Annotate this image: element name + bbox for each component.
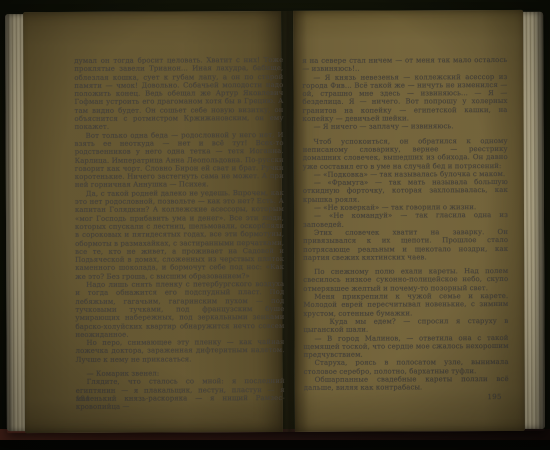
left-page-number: 194 (76, 395, 90, 403)
right-page-number: 195 (304, 393, 502, 402)
book-gutter (277, 11, 299, 432)
right-page-text: я на севере стал ничем — от меня так мал… (302, 56, 508, 392)
paragraph: думал он тогда бросит целовать. Хватит с… (74, 56, 283, 132)
paragraph: — «Не командуй» — так гласила одна из за… (303, 211, 508, 228)
paragraph: Меня прикрепили к чужой семье и карете. … (303, 292, 508, 318)
open-book: думал он тогда бросит целовать. Хватит с… (5, 10, 545, 433)
paragraph: Да, с такой родней далеко не уедешь. Впр… (75, 189, 284, 281)
paragraph: — В город Малинов, — ответила она с тако… (303, 333, 508, 359)
paragraph: Этих словечек хватит на заварку. Он прив… (303, 228, 508, 262)
paragraph: Надо лишь снять пленку с петербургского … (75, 280, 284, 339)
paragraph: — Я ничего — заплачу — извиняюсь. (303, 122, 508, 131)
paragraph: Обшарпанные свадебные кареты ползли всё … (304, 375, 509, 392)
left-page-text: думал он тогда бросит целовать. Хватит с… (74, 56, 285, 411)
paragraph: я на севере стал ничем — от меня так мал… (302, 56, 507, 73)
table-surface (0, 440, 550, 450)
paragraph: Чтоб успокоиться, он обратился к одному … (303, 137, 508, 171)
paragraph: Глядите, что сталось со мной: я последни… (76, 377, 285, 411)
paragraph: Куда мы едем? — спросил я старуху в цыга… (303, 317, 508, 334)
paragraph: — Я князь невезенья — коллежский асессор… (302, 73, 507, 124)
paragraph: Старуха, роясь в полосатом узле, вынимал… (304, 358, 509, 375)
right-page-edges (523, 12, 545, 429)
left-page-edges (5, 14, 25, 431)
book-photo: думал он тогда бросит целовать. Хватит с… (0, 0, 550, 450)
right-page: я на севере стал ничем — от меня так мал… (293, 10, 525, 432)
paragraph: — «Фрамуга» — так мать называла большую … (303, 178, 508, 204)
paragraph: Вот только одна беда — родословной у нег… (75, 131, 284, 190)
left-page: думал он тогда бросит целовать. Хватит с… (23, 11, 283, 433)
paragraph: Но перо, снимающее эту пленку — как чайн… (76, 338, 285, 364)
paragraph: По снежному полю ехали кареты. Над полем… (303, 267, 508, 293)
